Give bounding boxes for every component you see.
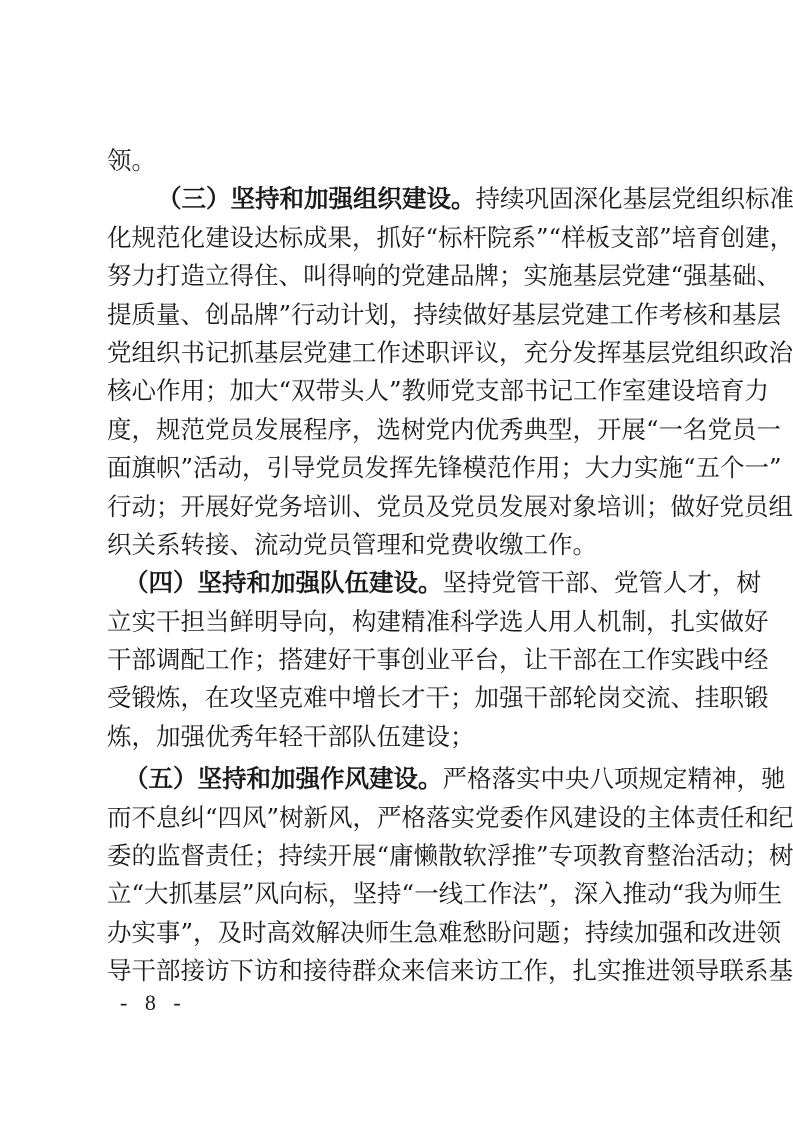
paragraph-line: 立实干担当鲜明导向，构建精准科学选人用人机制，扎实做好 [107,603,689,641]
paragraph-line: 努力打造立得住、叫得响的党建品牌；实施基层党建“强基础、 [107,257,689,295]
paragraph-line: 度，规范党员发展程序，选树党内优秀典型，开展“一名党员一 [107,411,689,449]
paragraph-line: 党组织书记抓基层党建工作述职评议，充分发挥基层党组织政治 [107,334,689,372]
section-5-first-line: （五）坚持和加强作风建设。严格落实中央八项规定精神，驰 [107,760,689,798]
paragraph-line: 织关系转接、流动党员管理和党费收缴工作。 [107,526,689,564]
paragraph-line: 委的监督责任；持续开展“庸懒散软浮推”专项教育整治活动；树 [107,837,689,875]
document-page: 领。 （三）坚持和加强组织建设。持续巩固深化基层党组织标准 化规范化建设达标成果… [107,142,689,991]
paragraph-text: 坚持党管干部、党管人才，树 [443,568,762,597]
paragraph-line: 提质量、创品牌”行动计划，持续做好基层党建工作考核和基层 [107,296,689,334]
paragraph-line: 受锻炼，在攻坚克难中增长才干；加强干部轮岗交流、挂职锻 [107,679,689,717]
section-heading: （四）坚持和加强队伍建设。 [124,568,443,597]
paragraph-line: 核心作用；加大“双带头人”教师党支部书记工作室建设培育力 [107,372,689,410]
paragraph-line: 化规范化建设达标成果，抓好“标杆院系”“样板支部”培育创建， [107,219,689,257]
paragraph-text: 严格落实中央八项规定精神，驰 [443,764,786,793]
paragraph-line: 而不息纠“四风”树新风，严格落实党委作风建设的主体责任和纪 [107,799,689,837]
paragraph-text: 持续巩固深化基层党组织标准 [476,184,793,213]
section-heading: （五）坚持和加强作风建设。 [124,764,443,793]
paragraph-line: 炼，加强优秀年轻干部队伍建设； [107,718,689,756]
paragraph-line: 领。 [107,142,689,180]
paragraph-line: 干部调配工作；搭建好干事创业平台，让干部在工作实践中经 [107,641,689,679]
page-number: - 8 - [120,990,187,1016]
section-heading: （三）坚持和加强组织建设。 [157,184,476,213]
paragraph-line: 行动；开展好党务培训、党员及党员发展对象培训；做好党员组 [107,488,689,526]
paragraph-line: 立“大抓基层”风向标，坚持“一线工作法”，深入推动“我为师生 [107,875,689,913]
section-3-first-line: （三）坚持和加强组织建设。持续巩固深化基层党组织标准 [107,180,689,218]
section-4-first-line: （四）坚持和加强队伍建设。坚持党管干部、党管人才，树 [107,564,689,602]
paragraph-line: 面旗帜”活动，引导党员发挥先锋模范作用；大力实施“五个一” [107,449,689,487]
paragraph-line: 办实事”，及时高效解决师生急难愁盼问题；持续加强和改进领 [107,914,689,952]
paragraph-line: 导干部接访下访和接待群众来信来访工作，扎实推进领导联系基 [107,952,689,990]
